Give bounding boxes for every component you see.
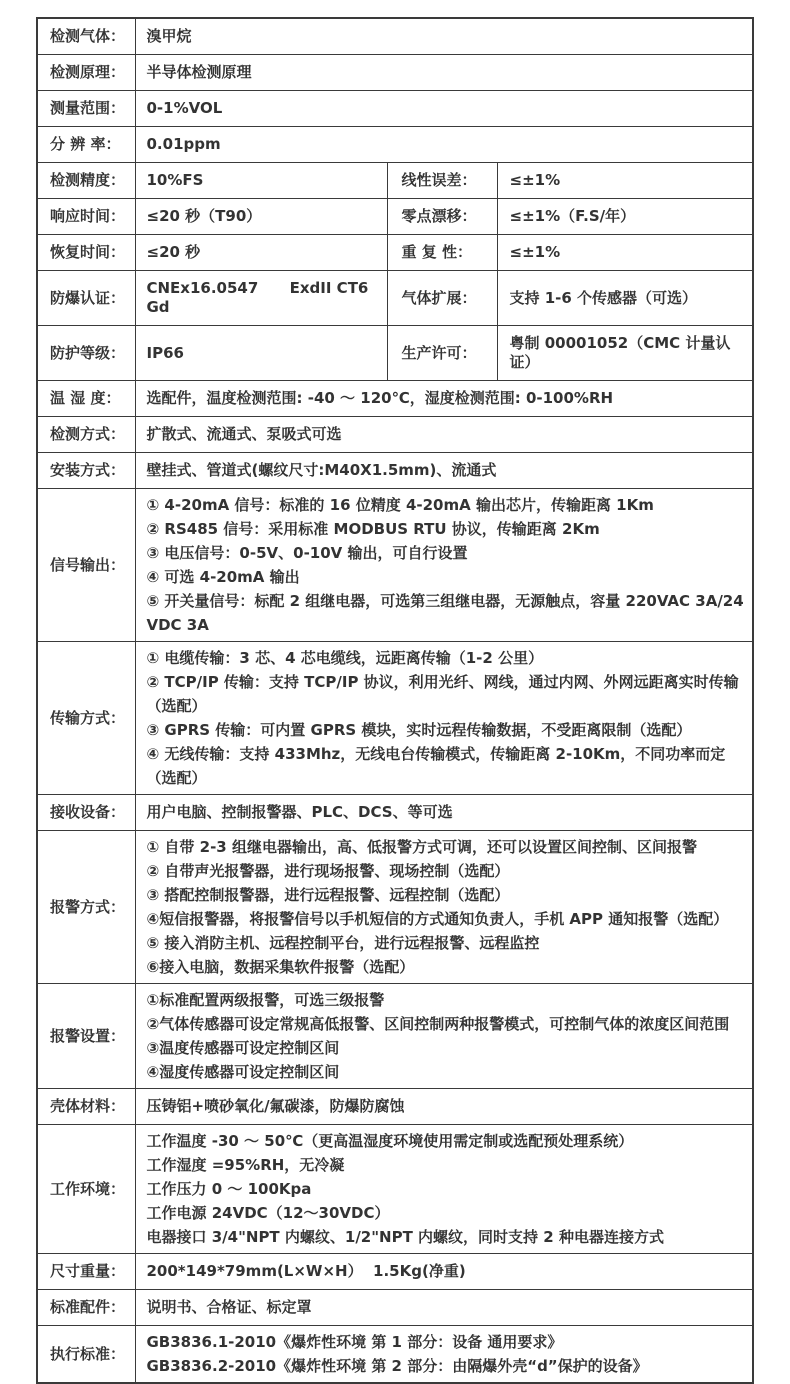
table-row: 检测方式：扩散式、流通式、泵吸式可选 <box>37 417 753 453</box>
spec-line: ② RS485 信号：采用标准 MODBUS RTU 协议，传输距离 2Km <box>147 517 747 541</box>
spec-label: 零点漂移： <box>387 199 497 235</box>
spec-table-container: 检测气体：溴甲烷检测原理：半导体检测原理测量范围：0-1%VOL分 辨 率：0.… <box>36 17 752 1384</box>
spec-value: 10%FS <box>135 163 387 199</box>
table-row: 响应时间：≤20 秒（T90）零点漂移：≤±1%（F.S/年） <box>37 199 753 235</box>
spec-value: 扩散式、流通式、泵吸式可选 <box>135 417 753 453</box>
spec-label: 标准配件： <box>37 1290 135 1326</box>
spec-value: 半导体检测原理 <box>135 55 753 91</box>
table-row: 测量范围：0-1%VOL <box>37 91 753 127</box>
table-row: 标准配件：说明书、合格证、标定罩 <box>37 1290 753 1326</box>
spec-value-list: GB3836.1-2010《爆炸性环境 第 1 部分：设备 通用要求》GB383… <box>135 1326 753 1384</box>
spec-line: ① 4-20mA 信号：标准的 16 位精度 4-20mA 输出芯片，传输距离 … <box>147 493 747 517</box>
spec-label: 接收设备： <box>37 795 135 831</box>
spec-value-list: 工作温度 -30 ～ 50℃（更高温湿度环境使用需定制或选配预处理系统）工作湿度… <box>135 1125 753 1254</box>
spec-value: 粤制 00001052（CMC 计量认证） <box>497 326 753 381</box>
spec-line: 工作湿度 =95%RH，无冷凝 <box>147 1153 747 1177</box>
spec-line: 工作电源 24VDC（12～30VDC） <box>147 1201 747 1225</box>
spec-line: ③ 电压信号：0-5V、0-10V 输出，可自行设置 <box>147 541 747 565</box>
spec-line: ②气体传感器可设定常规高低报警、区间控制两种报警模式，可控制气体的浓度区间范围 <box>147 1012 747 1036</box>
spec-line: 电器接口 3/4"NPT 内螺纹、1/2"NPT 内螺纹，同时支持 2 种电器连… <box>147 1225 747 1249</box>
spec-line: GB3836.1-2010《爆炸性环境 第 1 部分：设备 通用要求》 <box>147 1330 747 1354</box>
spec-value: 溴甲烷 <box>135 18 753 55</box>
spec-value: 说明书、合格证、标定罩 <box>135 1290 753 1326</box>
spec-line: ①标准配置两级报警，可选三级报警 <box>147 988 747 1012</box>
spec-label: 执行标准： <box>37 1326 135 1384</box>
spec-line: ④短信报警器，将报警信号以手机短信的方式通知负责人，手机 APP 通知报警（选配… <box>147 907 747 931</box>
spec-label: 重 复 性： <box>387 235 497 271</box>
spec-value: ≤20 秒（T90） <box>135 199 387 235</box>
spec-label: 报警设置： <box>37 984 135 1089</box>
table-row: 检测原理：半导体检测原理 <box>37 55 753 91</box>
spec-label: 传输方式： <box>37 642 135 795</box>
spec-label: 工作环境： <box>37 1125 135 1254</box>
spec-label: 生产许可： <box>387 326 497 381</box>
table-row: 执行标准：GB3836.1-2010《爆炸性环境 第 1 部分：设备 通用要求》… <box>37 1326 753 1384</box>
spec-line: ① 自带 2-3 组继电器输出，高、低报警方式可调，还可以设置区间控制、区间报警 <box>147 835 747 859</box>
spec-line: 工作压力 0 ～ 100Kpa <box>147 1177 747 1201</box>
spec-value: 0.01ppm <box>135 127 753 163</box>
spec-value: 支持 1-6 个传感器（可选） <box>497 271 753 326</box>
spec-label: 检测气体： <box>37 18 135 55</box>
spec-value: IP66 <box>135 326 387 381</box>
spec-table: 检测气体：溴甲烷检测原理：半导体检测原理测量范围：0-1%VOL分 辨 率：0.… <box>36 17 754 1384</box>
spec-label: 报警方式： <box>37 831 135 984</box>
spec-line: ② 自带声光报警器，进行现场报警、现场控制（选配） <box>147 859 747 883</box>
spec-label: 尺寸重量： <box>37 1254 135 1290</box>
table-row: 传输方式：① 电缆传输：3 芯、4 芯电缆线，远距离传输（1-2 公里）② TC… <box>37 642 753 795</box>
table-row: 防爆认证：CNEx16.0547 ExdII CT6 Gd气体扩展：支持 1-6… <box>37 271 753 326</box>
table-row: 工作环境：工作温度 -30 ～ 50℃（更高温湿度环境使用需定制或选配预处理系统… <box>37 1125 753 1254</box>
spec-line: 工作温度 -30 ～ 50℃（更高温湿度环境使用需定制或选配预处理系统） <box>147 1129 747 1153</box>
spec-label: 分 辨 率： <box>37 127 135 163</box>
spec-value: 用户电脑、控制报警器、PLC、DCS、等可选 <box>135 795 753 831</box>
spec-line: ④湿度传感器可设定控制区间 <box>147 1060 747 1084</box>
spec-label: 恢复时间： <box>37 235 135 271</box>
table-row: 温 湿 度：选配件，温度检测范围: -40 ～ 120℃，湿度检测范围: 0-1… <box>37 381 753 417</box>
spec-label: 防爆认证： <box>37 271 135 326</box>
spec-label: 检测原理： <box>37 55 135 91</box>
spec-line: ⑤ 开关量信号：标配 2 组继电器，可选第三组继电器，无源触点，容量 220VA… <box>147 589 747 637</box>
table-row: 安装方式：壁挂式、管道式(螺纹尺寸:M40X1.5mm)、流通式 <box>37 453 753 489</box>
spec-label: 响应时间： <box>37 199 135 235</box>
spec-value: 200*149*79mm(L×W×H） 1.5Kg(净重) <box>135 1254 753 1290</box>
spec-line: ⑤ 接入消防主机、远程控制平台，进行远程报警、远程监控 <box>147 931 747 955</box>
table-row: 报警设置：①标准配置两级报警，可选三级报警②气体传感器可设定常规高低报警、区间控… <box>37 984 753 1089</box>
spec-value: ≤±1% <box>497 163 753 199</box>
table-row: 检测精度：10%FS线性误差：≤±1% <box>37 163 753 199</box>
spec-label: 信号输出： <box>37 489 135 642</box>
spec-label: 线性误差： <box>387 163 497 199</box>
spec-value: ≤±1%（F.S/年） <box>497 199 753 235</box>
table-row: 接收设备：用户电脑、控制报警器、PLC、DCS、等可选 <box>37 795 753 831</box>
spec-line: ② TCP/IP 传输：支持 TCP/IP 协议，利用光纤、网线，通过内网、外网… <box>147 670 747 718</box>
spec-label: 测量范围： <box>37 91 135 127</box>
spec-line: ⑥接入电脑，数据采集软件报警（选配） <box>147 955 747 979</box>
spec-value: 选配件，温度检测范围: -40 ～ 120℃，湿度检测范围: 0-100%RH <box>135 381 753 417</box>
spec-value: ≤±1% <box>497 235 753 271</box>
spec-label: 气体扩展： <box>387 271 497 326</box>
spec-value: CNEx16.0547 ExdII CT6 Gd <box>135 271 387 326</box>
spec-line: ③ 搭配控制报警器，进行远程报警、远程控制（选配） <box>147 883 747 907</box>
spec-value-list: ① 电缆传输：3 芯、4 芯电缆线，远距离传输（1-2 公里）② TCP/IP … <box>135 642 753 795</box>
spec-line: ③ GPRS 传输：可内置 GPRS 模块，实时远程传输数据，不受距离限制（选配… <box>147 718 747 742</box>
table-row: 信号输出：① 4-20mA 信号：标准的 16 位精度 4-20mA 输出芯片，… <box>37 489 753 642</box>
table-row: 报警方式：① 自带 2-3 组继电器输出，高、低报警方式可调，还可以设置区间控制… <box>37 831 753 984</box>
table-row: 恢复时间：≤20 秒重 复 性：≤±1% <box>37 235 753 271</box>
spec-label: 检测精度： <box>37 163 135 199</box>
spec-value-list: ① 4-20mA 信号：标准的 16 位精度 4-20mA 输出芯片，传输距离 … <box>135 489 753 642</box>
table-row: 检测气体：溴甲烷 <box>37 18 753 55</box>
spec-line: ④ 可选 4-20mA 输出 <box>147 565 747 589</box>
table-row: 尺寸重量：200*149*79mm(L×W×H） 1.5Kg(净重) <box>37 1254 753 1290</box>
spec-value: 0-1%VOL <box>135 91 753 127</box>
spec-line: ④ 无线传输：支持 433Mhz，无线电台传输模式，传输距离 2-10Km，不同… <box>147 742 747 790</box>
spec-label: 检测方式： <box>37 417 135 453</box>
table-row: 分 辨 率：0.01ppm <box>37 127 753 163</box>
spec-value: 压铸铝+喷砂氧化/氟碳漆，防爆防腐蚀 <box>135 1089 753 1125</box>
spec-value: ≤20 秒 <box>135 235 387 271</box>
spec-label: 防护等级： <box>37 326 135 381</box>
spec-label: 安装方式： <box>37 453 135 489</box>
spec-label: 温 湿 度： <box>37 381 135 417</box>
spec-value-list: ① 自带 2-3 组继电器输出，高、低报警方式可调，还可以设置区间控制、区间报警… <box>135 831 753 984</box>
spec-value: 壁挂式、管道式(螺纹尺寸:M40X1.5mm)、流通式 <box>135 453 753 489</box>
spec-line: ① 电缆传输：3 芯、4 芯电缆线，远距离传输（1-2 公里） <box>147 646 747 670</box>
spec-line: ③温度传感器可设定控制区间 <box>147 1036 747 1060</box>
spec-value-list: ①标准配置两级报警，可选三级报警②气体传感器可设定常规高低报警、区间控制两种报警… <box>135 984 753 1089</box>
spec-line: GB3836.2-2010《爆炸性环境 第 2 部分：由隔爆外壳“d”保护的设备… <box>147 1354 747 1378</box>
table-row: 壳体材料：压铸铝+喷砂氧化/氟碳漆，防爆防腐蚀 <box>37 1089 753 1125</box>
table-row: 防护等级：IP66生产许可：粤制 00001052（CMC 计量认证） <box>37 326 753 381</box>
spec-label: 壳体材料： <box>37 1089 135 1125</box>
